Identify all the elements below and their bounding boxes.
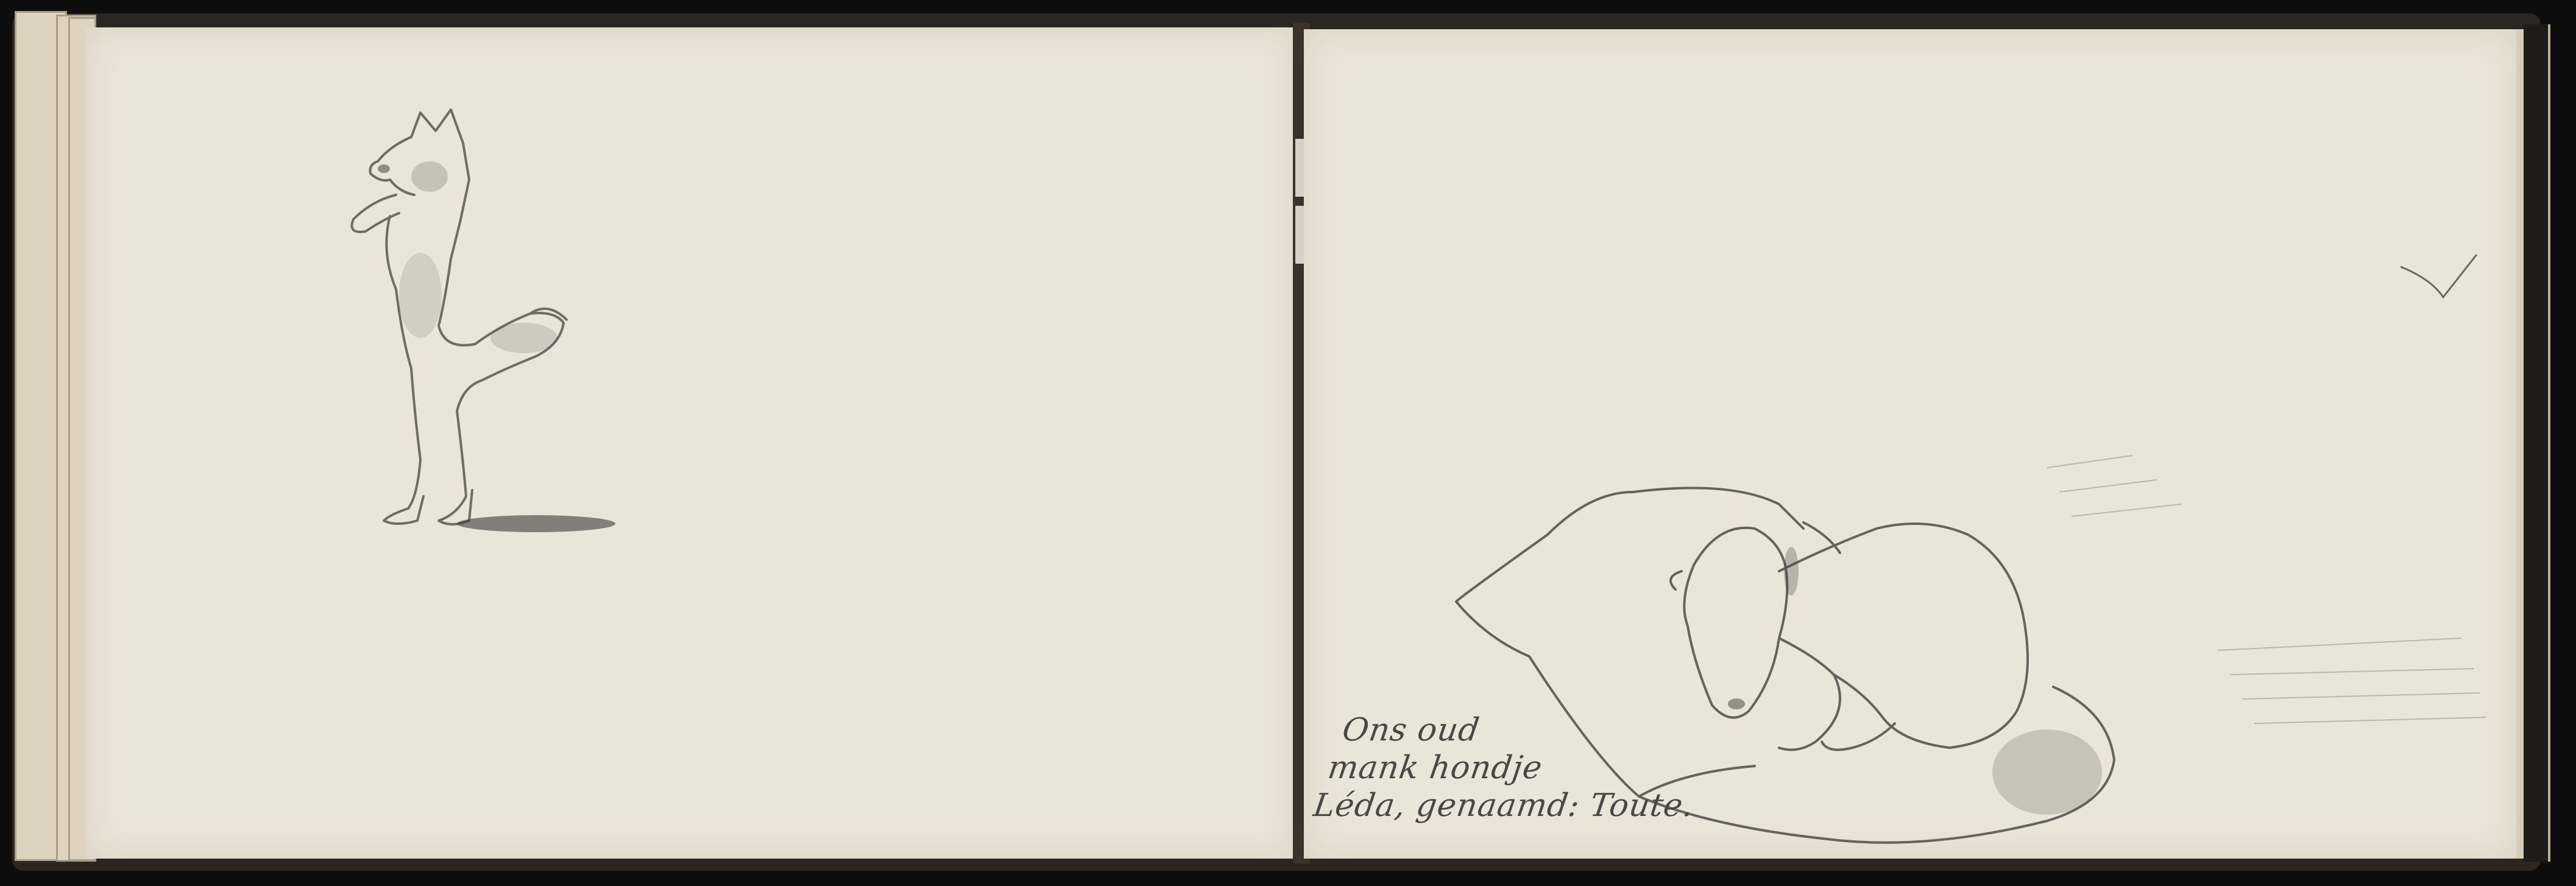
begging-dog-sketch bbox=[268, 94, 755, 673]
caption-line-2: mank hondje bbox=[1326, 749, 1702, 787]
caption-line-1: Ons oud bbox=[1340, 711, 1707, 749]
right-cover-edge bbox=[2522, 24, 2550, 862]
margin-check-mark bbox=[2401, 255, 2486, 309]
right-page: Ons oud mank hondje Léda, genaamd: Toute… bbox=[1304, 29, 2524, 859]
caption-line-3: Léda, genaamd: Toute. bbox=[1311, 787, 1696, 824]
handwritten-caption: Ons oud mank hondje Léda, genaamd: Toute… bbox=[1329, 711, 1707, 824]
left-page bbox=[85, 27, 1298, 859]
shadow bbox=[457, 515, 615, 532]
